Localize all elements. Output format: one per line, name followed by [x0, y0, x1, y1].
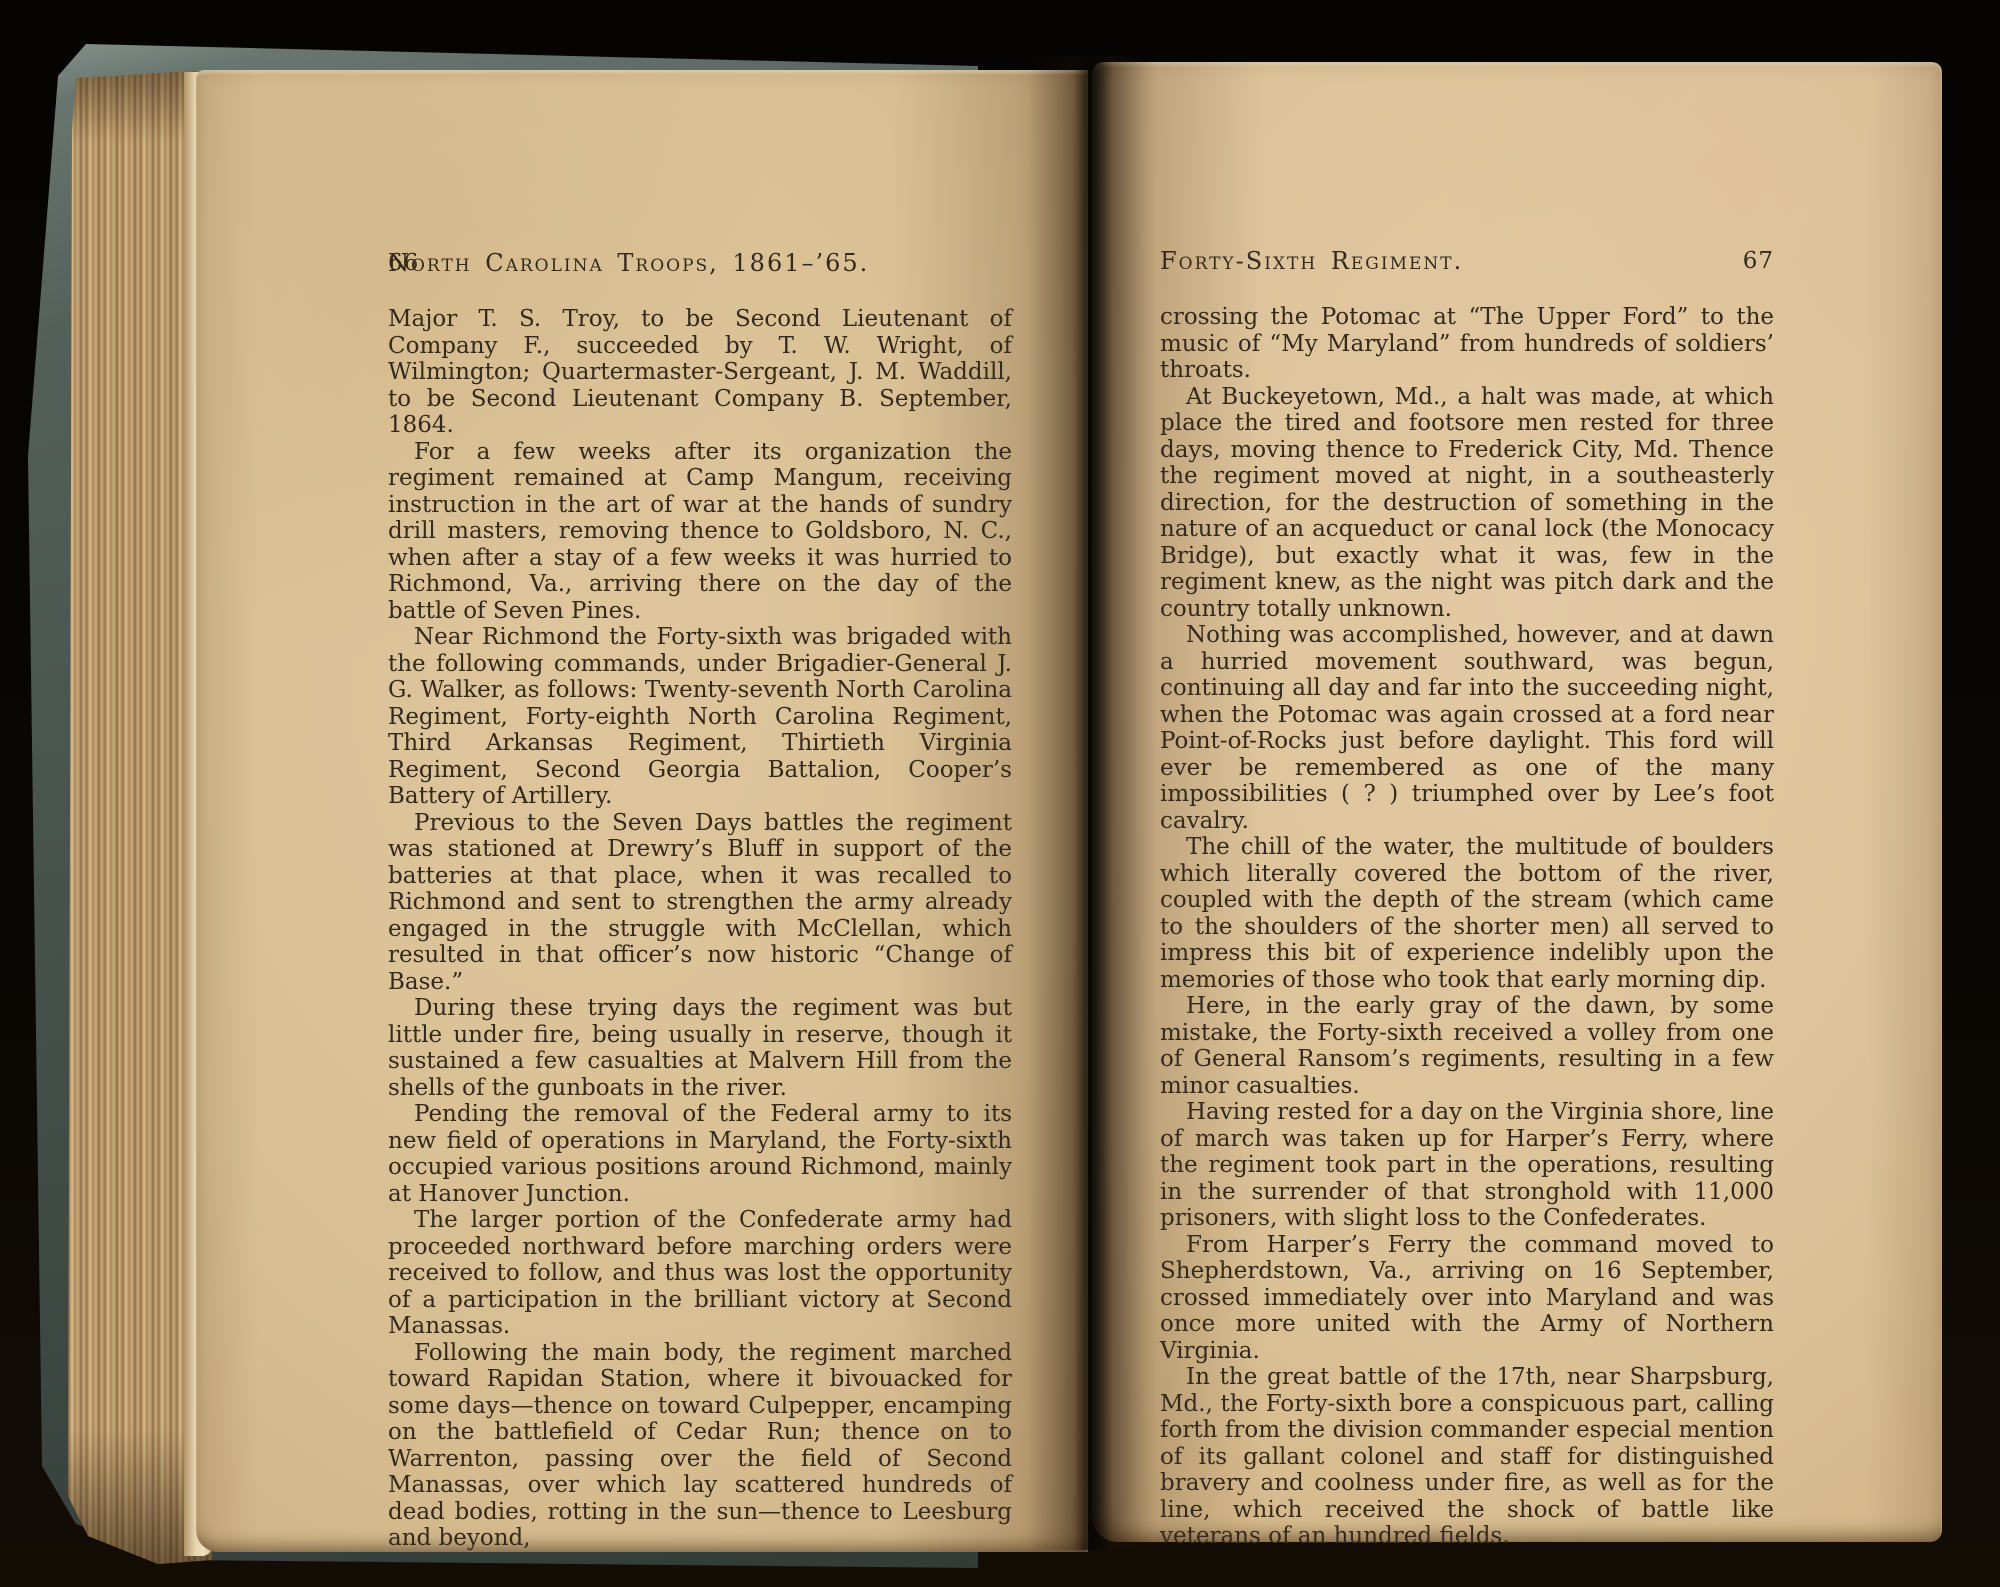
paragraph: At Buckeyetown, Md., a halt was made, at… — [1160, 384, 1774, 623]
paragraph: The larger portion of the Confederate ar… — [388, 1207, 1012, 1340]
paragraph: Pending the removal of the Federal army … — [388, 1101, 1012, 1207]
left-page-header: 66 North Carolina Troops, 1861–’65. — [388, 250, 1012, 276]
paragraph: From Harper’s Ferry the command moved to… — [1160, 1232, 1774, 1365]
paragraph: Having rested for a day on the Virginia … — [1160, 1099, 1774, 1232]
open-book-scan: 66 North Carolina Troops, 1861–’65. Majo… — [0, 0, 2000, 1587]
left-page-text: 66 North Carolina Troops, 1861–’65. Majo… — [388, 250, 1012, 1552]
paragraph: Following the main body, the regiment ma… — [388, 1340, 1012, 1552]
paragraph: crossing the Potomac at “The Upper Ford”… — [1160, 304, 1774, 384]
paragraph: The chill of the water, the multitude of… — [1160, 834, 1774, 993]
paragraph: During these trying days the regiment wa… — [388, 995, 1012, 1101]
paragraph: Here, in the early gray of the dawn, by … — [1160, 993, 1774, 1099]
page-number: 66 — [388, 250, 419, 277]
running-header: Forty-Sixth Regiment. — [1160, 247, 1463, 275]
paragraph: Nothing was accomplished, however, and a… — [1160, 622, 1774, 834]
page-edges-stack — [66, 68, 212, 1564]
page-number: 67 — [1743, 248, 1774, 275]
running-header: North Carolina Troops, 1861–’65. — [388, 249, 869, 277]
paragraph: Near Richmond the Forty-sixth was brigad… — [388, 624, 1012, 810]
right-page-text: Forty-Sixth Regiment. 67 crossing the Po… — [1160, 248, 1774, 1550]
right-page-header: Forty-Sixth Regiment. 67 — [1160, 248, 1774, 274]
paragraph: Major T. S. Troy, to be Second Lieutenan… — [388, 306, 1012, 439]
paragraph: In the great battle of the 17th, near Sh… — [1160, 1364, 1774, 1550]
paragraph: For a few weeks after its organization t… — [388, 439, 1012, 625]
paragraph: Previous to the Seven Days battles the r… — [388, 810, 1012, 996]
